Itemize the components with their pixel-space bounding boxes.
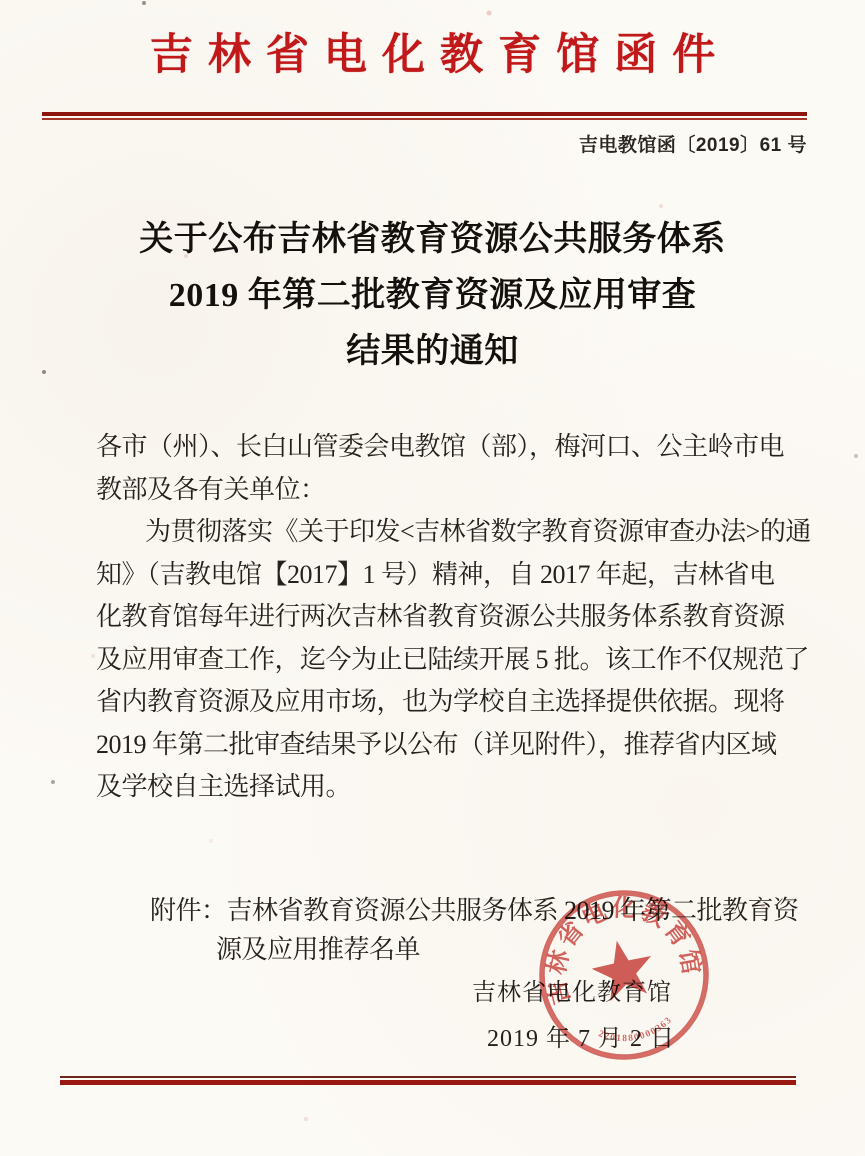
body-line: 知》（吉教电馆【2017】1 号）精神，自 2017 年起，吉林省电 <box>96 554 816 597</box>
body-line: 及学校自主选择试用。 <box>96 766 816 809</box>
document-body: 各市（州）、长白山管委会电教馆（部），梅河口、公主岭市电 教部及各有关单位： 为… <box>96 426 816 809</box>
body-line: 及应用审查工作，迄今为止已陆续开展 5 批。该工作不仅规范了 <box>96 639 816 682</box>
document-number: 吉电教馆函〔2019〕61 号 <box>579 135 807 157</box>
divider-thin-line <box>42 118 807 120</box>
official-seal: 吉林省电化教育馆 2201880000363 <box>518 869 730 1081</box>
seal-star-icon <box>587 934 659 1003</box>
title-line-3: 结果的通知 <box>0 324 865 380</box>
scan-noise <box>0 0 2 2</box>
letterhead-divider <box>42 112 807 120</box>
footer-divider <box>60 1076 796 1085</box>
body-line: 2019 年第二批审查结果予以公布（详见附件），推荐省内区域 <box>96 724 816 767</box>
body-line: 教部及各有关单位： <box>96 469 816 512</box>
body-line: 化教育馆每年进行两次吉林省教育资源公共服务体系教育资源 <box>96 596 816 639</box>
letterhead-title: 吉林省电化教育馆函件 <box>0 26 865 86</box>
body-line: 省内教育资源及应用市场，也为学校自主选择提供依据。现将 <box>96 681 816 724</box>
document-title: 关于公布吉林省教育资源公共服务体系 2019 年第二批教育资源及应用审查 结果的… <box>0 212 865 380</box>
title-line-2: 2019 年第二批教育资源及应用审查 <box>0 268 865 324</box>
body-line: 各市（州）、长白山管委会电教馆（部），梅河口、公主岭市电 <box>96 426 816 469</box>
scanned-official-letter: 吉林省电化教育馆函件 吉电教馆函〔2019〕61 号 关于公布吉林省教育资源公共… <box>0 0 865 1156</box>
attachment-line-2: 源及应用推荐名单 <box>216 929 420 971</box>
title-line-1: 关于公布吉林省教育资源公共服务体系 <box>0 212 865 268</box>
body-line: 为贯彻落实《关于印发<吉林省数字教育资源审查办法>的通 <box>96 511 816 554</box>
divider-thick-line <box>60 1080 796 1085</box>
